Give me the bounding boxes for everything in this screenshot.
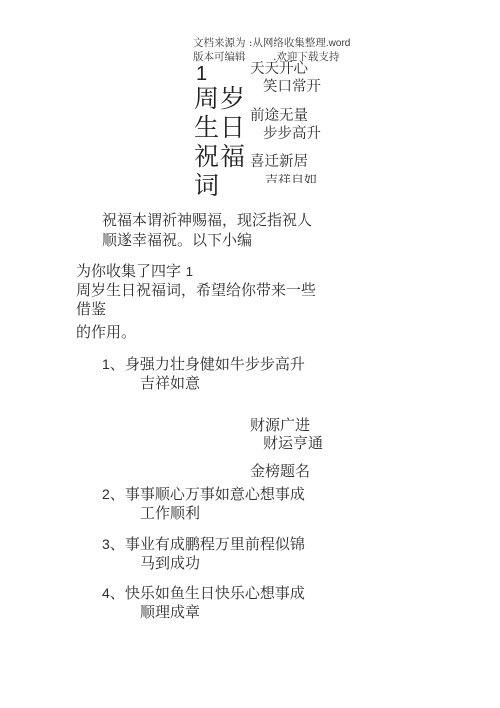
list-item-4: 4、快乐如鱼生日快乐心想事成	[102, 586, 305, 601]
floating-phrase: 财运亨通	[263, 436, 323, 451]
header-source-line: 文档来源为 :从网络收集整理.word	[193, 38, 350, 49]
side-phrase: 天天开心	[250, 62, 308, 77]
title-number: 1	[196, 64, 207, 84]
list-item-3-continuation: 马到成功	[140, 556, 200, 571]
list-item-text: 事业有成鹏程万里前程似锦	[125, 535, 305, 553]
intro-line-3: 为你收集了四字 1	[76, 264, 193, 279]
intro-line-1: 祝福本谓祈神赐福，现泛指祝人	[102, 213, 312, 228]
list-item-2-continuation: 工作顺利	[140, 506, 200, 521]
floating-phrase: 财源广进	[250, 418, 310, 433]
list-item-separator: 、	[110, 535, 125, 553]
side-phrase-clipped: 吉祥自如	[265, 174, 317, 183]
floating-phrase: 金榜题名	[250, 464, 310, 479]
intro-line-4: 周岁生日祝福词，希望给你带来一些	[76, 283, 316, 298]
list-item-4-continuation: 顺理成章	[140, 605, 200, 620]
intro-line-3-number: 1	[186, 264, 193, 279]
list-item-number: 3	[102, 536, 110, 552]
list-item-text: 快乐如鱼生日快乐心想事成	[125, 584, 305, 602]
list-item-2: 2、事事顺心万事如意心想事成	[102, 487, 305, 502]
side-phrase: 笑口常开	[263, 80, 321, 95]
list-item-separator: 、	[110, 355, 125, 373]
intro-line-6: 的作用。	[76, 325, 136, 340]
title-line-2: 生日	[194, 115, 246, 140]
title-line-1: 周岁	[194, 86, 246, 111]
header-source-prefix: 文档来源为	[193, 37, 246, 49]
list-item-separator: 、	[110, 485, 125, 503]
list-item-number: 1	[102, 356, 110, 372]
list-item-3: 3、事业有成鹏程万里前程似锦	[102, 537, 305, 552]
list-item-text: 身强力壮身健如牛步步高升	[125, 355, 305, 373]
header-source-suffix: .word	[326, 38, 350, 49]
title-line-4: 词	[194, 173, 220, 198]
list-item-text: 事事顺心万事如意心想事成	[125, 485, 305, 503]
list-item-1: 1、身强力壮身健如牛步步高升	[102, 357, 305, 372]
side-phrase: 步步高升	[263, 127, 321, 142]
title-line-3: 祝福	[194, 144, 246, 169]
list-item-number: 4	[102, 585, 110, 601]
header-editable-left: 版本可编辑	[193, 52, 246, 63]
list-item-number: 2	[102, 486, 110, 502]
list-item-1-continuation: 吉祥如意	[140, 376, 200, 391]
list-item-separator: 、	[110, 584, 125, 602]
intro-line-2: 顺遂幸福祝。以下小编	[102, 233, 252, 248]
intro-line-3-text: 为你收集了四字	[76, 262, 181, 280]
side-phrase: 喜迁新居	[250, 155, 308, 170]
side-phrase: 前途无量	[250, 109, 308, 124]
header-source-main: :从网络收集整理	[249, 37, 326, 49]
intro-line-5: 借鉴	[76, 302, 106, 317]
